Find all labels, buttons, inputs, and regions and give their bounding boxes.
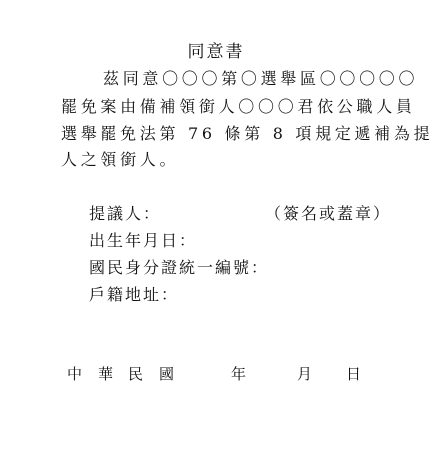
date-era-char-3: 民 [128, 363, 143, 384]
address-label: 戶籍地址： [89, 282, 179, 305]
signature-note: （簽名或蓋章） [265, 201, 391, 224]
proposer-label: 提議人： [89, 201, 161, 224]
birthdate-label: 出生年月日： [89, 228, 197, 251]
paragraph-line-3: 選舉罷免法第 76 條第 8 項規定遞補為提議 [61, 121, 432, 144]
date-era-char-2: 華 [98, 363, 113, 384]
document-title: 同意書 [0, 37, 432, 62]
paragraph-line-1: 茲同意〇〇〇第〇選舉區〇〇〇〇〇 [103, 66, 418, 89]
date-month-label: 月 [297, 363, 312, 384]
id-number-label: 國民身分證統一編號： [89, 255, 269, 278]
date-day-label: 日 [346, 363, 361, 384]
date-era-char-4: 國 [159, 363, 174, 384]
paragraph-line-2: 罷免案由備補領銜人〇〇〇君依公職人員 [61, 94, 416, 117]
date-era-char-1: 中 [67, 363, 82, 384]
paragraph-line-4: 人之領銜人。 [61, 147, 179, 170]
date-year-label: 年 [231, 363, 246, 384]
